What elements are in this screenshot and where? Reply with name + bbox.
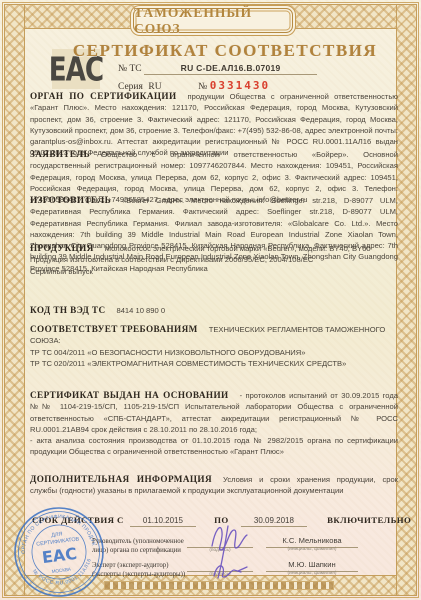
section-tnved-code: КОД ТН ВЭД ТС8414 10 890 0 [30, 305, 398, 316]
section-compliance: СООТВЕТСТВУЕТ ТРЕБОВАНИЯМТЕХНИЧЕСКИХ РЕГ… [30, 324, 398, 369]
customs-union-label: ТАМОЖЕННЫЙ СОЮЗ [134, 5, 292, 37]
certification-stamp-icon: ОРГАН ПО СЕРТИФИКАЦИИ ПРОДУКЦИИ «ГАРАНТ … [7, 500, 112, 600]
signature-dash [238, 567, 247, 571]
certificate-document: ТАМОЖЕННЫЙ СОЮЗ ЕАС СЕРТИФИКАТ СООТВЕТСТ… [0, 0, 421, 600]
section-label: ПРОДУКЦИЯ [30, 243, 105, 253]
stamp-eac-logo: ЕАС [41, 544, 78, 567]
certificate-number: RU C-DE.АЛ16.B.07019 [144, 63, 317, 75]
signature-scribble-expert [214, 566, 241, 577]
customs-union-banner: ТАМОЖЕННЫЙ СОЮЗ [133, 8, 293, 33]
section-label: ЗАЯВИТЕЛЬ [30, 149, 101, 159]
handwritten-signatures [190, 518, 280, 588]
section-label: ДОПОЛНИТЕЛЬНАЯ ИНФОРМАЦИЯ [30, 474, 223, 484]
stamp-city: МОСКВА [51, 567, 72, 574]
validity-inclusive-label: ВКЛЮЧИТЕЛЬНО [327, 515, 411, 525]
certificate-title: СЕРТИФИКАТ СООТВЕТСТВИЯ [60, 41, 390, 61]
section-text: продукции Общества с ограниченной ответс… [30, 92, 398, 157]
number-label: № ТС [118, 64, 142, 74]
section-label: СООТВЕТСТВУЕТ ТРЕБОВАНИЯМ [30, 324, 209, 334]
section-product: ПРОДУКЦИЯМолокоотсос электрический торго… [30, 243, 398, 277]
section-label: ИЗГОТОВИТЕЛЬ [30, 195, 122, 205]
section-label: КОД ТН ВЭД ТС [30, 305, 116, 315]
section-label: ОРГАН ПО СЕРТИФИКАЦИИ [30, 91, 188, 101]
section-issued-basis: СЕРТИФИКАТ ВЫДАН НА ОСНОВАНИИ- протоколо… [30, 390, 398, 458]
ornate-border-left [4, 4, 25, 596]
section-text: - протоколов испытаний от 30.09.2015 год… [30, 391, 398, 456]
section-additional-info: ДОПОЛНИТЕЛЬНАЯ ИНФОРМАЦИЯУсловия и сроки… [30, 474, 398, 497]
validity-from-date: 01.10.2015 [130, 516, 196, 527]
tnved-code-value: 8414 10 890 0 [116, 306, 165, 315]
ornate-border-right [396, 4, 417, 596]
signatory-role: Руководитель (уполномоченное лицо) орган… [92, 538, 194, 555]
section-label: СЕРТИФИКАТ ВЫДАН НА ОСНОВАНИИ [30, 390, 240, 400]
certificate-number-row: № ТС RU C-DE.АЛ16.B.07019 [118, 63, 317, 75]
signature-scribble-head [212, 528, 247, 550]
